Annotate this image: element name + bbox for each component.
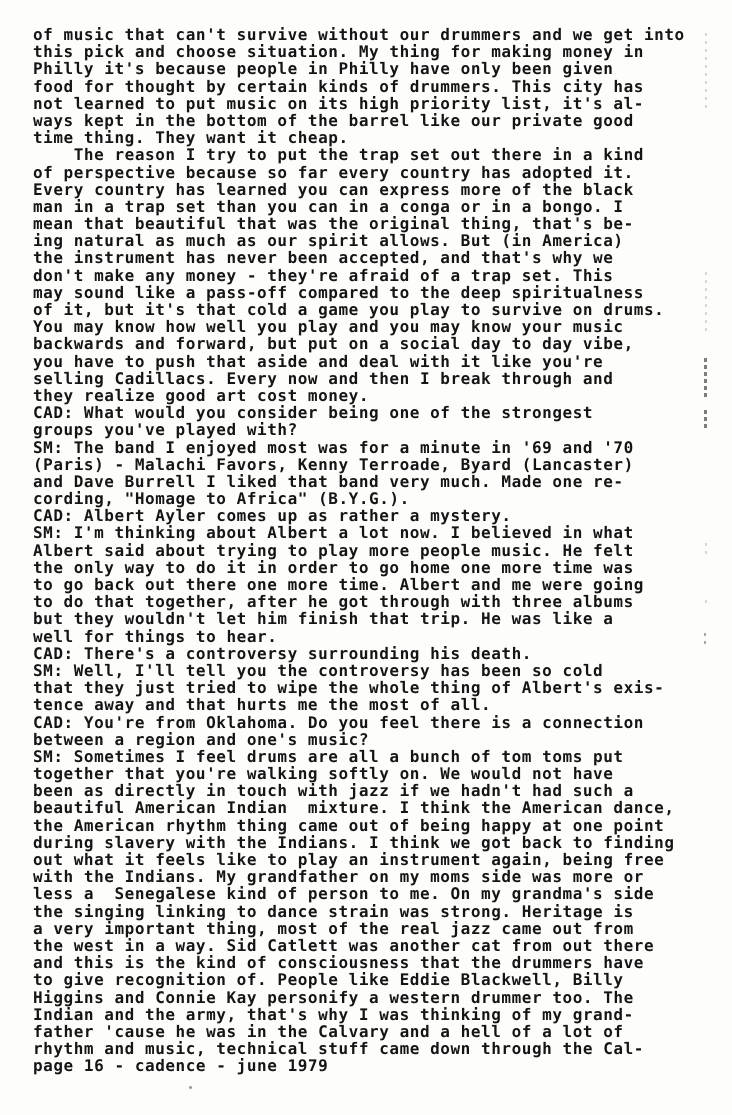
scan-artifact: [704, 410, 707, 428]
text-line: this pick and choose situation. My thing…: [33, 43, 711, 60]
text-line: of music that can't survive without our …: [33, 26, 711, 43]
text-line: SM: Well, I'll tell you the controversy …: [33, 662, 711, 679]
text-line: during slavery with the Indians. I think…: [33, 834, 711, 851]
text-line: Higgins and Connie Kay personify a weste…: [33, 989, 711, 1006]
text-line: selling Cadillacs. Every now and then I …: [33, 370, 711, 387]
text-line: time thing. They want it cheap.: [33, 129, 711, 146]
scan-artifact: [705, 600, 707, 606]
text-line: food for thought by certain kinds of dru…: [33, 78, 711, 95]
text-line: to do that together, after he got throug…: [33, 593, 711, 610]
text-line: man in a trap set than you can in a cong…: [33, 198, 711, 215]
text-line: don't make any money - they're afraid of…: [33, 267, 711, 284]
text-line: cording, "Homage to Africa" (B.Y.G.).: [33, 490, 711, 507]
text-line: rhythm and music, technical stuff came d…: [33, 1040, 711, 1057]
text-line: Philly it's because people in Philly hav…: [33, 60, 711, 77]
text-line: CAD: You're from Oklahoma. Do you feel t…: [33, 714, 711, 731]
text-line: and this is the kind of consciousness th…: [33, 954, 711, 971]
page-footer: page 16 - cadence - june 1979: [33, 1057, 711, 1074]
text-line: CAD: There's a controversy surrounding h…: [33, 645, 711, 662]
text-line: Every country has learned you can expres…: [33, 181, 711, 198]
text-line: a very important thing, most of the real…: [33, 920, 711, 937]
text-line: ing natural as much as our spirit allows…: [33, 232, 711, 249]
scan-artifact: [705, 272, 707, 333]
text-line: together that you're walking softly on. …: [33, 765, 711, 782]
text-line: with the Indians. My grandfather on my m…: [33, 868, 711, 885]
text-line: the singing linking to dance strain was …: [33, 903, 711, 920]
scan-artifact: [705, 33, 707, 113]
text-line: the west in a way. Sid Catlett was anoth…: [33, 937, 711, 954]
text-line: Albert said about trying to play more pe…: [33, 542, 711, 559]
scan-artifact: [189, 1086, 192, 1089]
text-line: to give recognition of. People like Eddi…: [33, 971, 711, 988]
text-line: tence away and that hurts me the most of…: [33, 696, 711, 713]
text-line: the instrument has never been accepted, …: [33, 249, 711, 266]
text-line: Indian and the army, that's why I was th…: [33, 1006, 711, 1023]
text-line: out what it feels like to play an instru…: [33, 851, 711, 868]
scan-artifact: [704, 633, 706, 644]
text-line: that they just tried to wipe the whole t…: [33, 679, 711, 696]
text-line: may sound like a pass-off compared to th…: [33, 284, 711, 301]
text-line: they realize good art cost money.: [33, 387, 711, 404]
text-line: SM: I'm thinking about Albert a lot now.…: [33, 524, 711, 541]
document-text: of music that can't survive without our …: [33, 26, 711, 1074]
text-line: backwards and forward, but put on a soci…: [33, 335, 711, 352]
text-line: well for things to hear.: [33, 628, 711, 645]
text-line: CAD: What would you consider being one o…: [33, 404, 711, 421]
text-line: not learned to put music on its high pri…: [33, 95, 711, 112]
text-line: (Paris) - Malachi Favors, Kenny Terroade…: [33, 456, 711, 473]
text-line: the American rhythm thing came out of be…: [33, 817, 711, 834]
text-line: CAD: Albert Ayler comes up as rather a m…: [33, 507, 711, 524]
text-line: the only way to do it in order to go hom…: [33, 559, 711, 576]
text-line: to go back out there one more time. Albe…: [33, 576, 711, 593]
text-line: mean that beautiful that was the origina…: [33, 215, 711, 232]
text-line: been as directly in touch with jazz if w…: [33, 782, 711, 799]
text-line: and Dave Burrell I liked that band very …: [33, 473, 711, 490]
text-line: but they wouldn't let him finish that tr…: [33, 610, 711, 627]
text-line: The reason I try to put the trap set out…: [33, 146, 711, 163]
text-line: of it, but it's that cold a game you pla…: [33, 301, 711, 318]
scan-artifact: [704, 358, 707, 400]
text-line: less a Senegalese kind of person to me. …: [33, 885, 711, 902]
text-line: father 'cause he was in the Calvary and …: [33, 1023, 711, 1040]
scan-artifact: [705, 543, 707, 554]
text-line: SM: The band I enjoyed most was for a mi…: [33, 439, 711, 456]
text-line: beautiful American Indian mixture. I thi…: [33, 799, 711, 816]
text-line: of perspective because so far every coun…: [33, 164, 711, 181]
text-line: ways kept in the bottom of the barrel li…: [33, 112, 711, 129]
text-line: you have to push that aside and deal wit…: [33, 353, 711, 370]
text-line: groups you've played with?: [33, 421, 711, 438]
text-line: SM: Sometimes I feel drums are all a bun…: [33, 748, 711, 765]
text-line: between a region and one's music?: [33, 731, 711, 748]
scanned-document-page: of music that can't survive without our …: [0, 0, 732, 1115]
text-line: You may know how well you play and you m…: [33, 318, 711, 335]
